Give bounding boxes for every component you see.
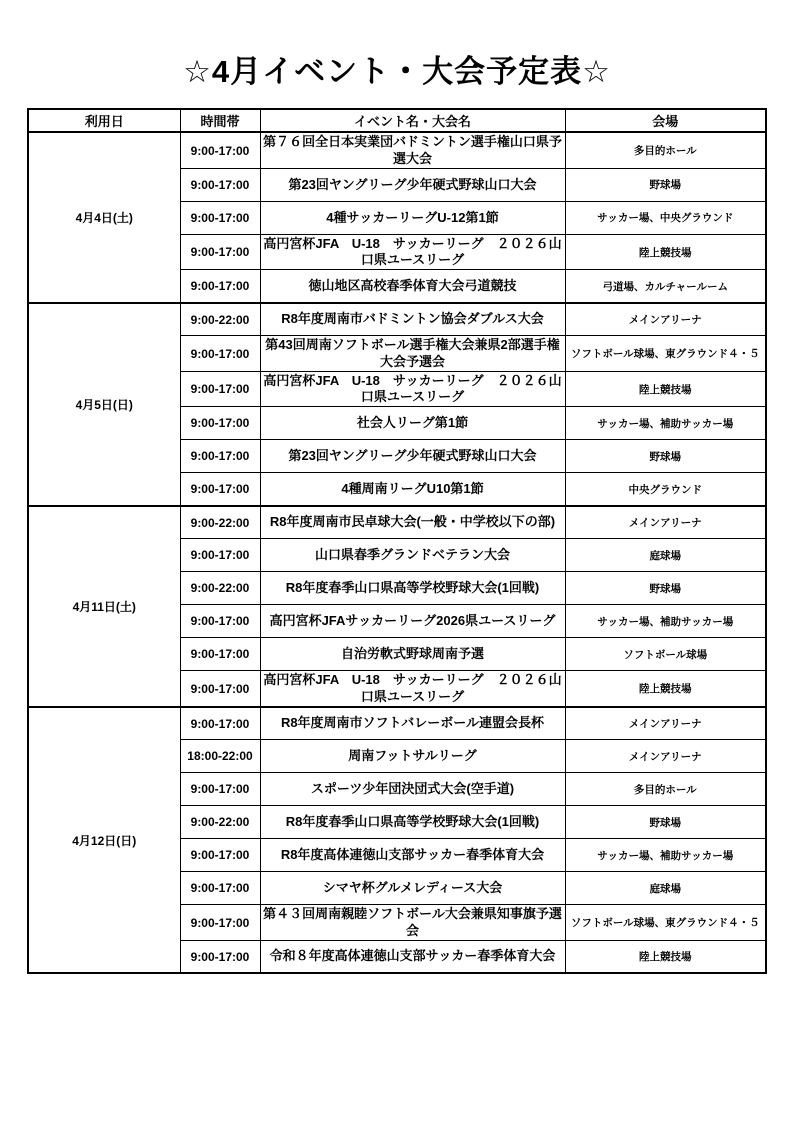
time-cell: 9:00-17:00 xyxy=(180,440,260,473)
time-cell: 9:00-17:00 xyxy=(180,872,260,905)
time-cell: 9:00-17:00 xyxy=(180,707,260,740)
event-cell: R8年度周南市民卓球大会(一般・中学校以下の部) xyxy=(260,506,565,539)
event-cell: 第43回周南ソフトボール選手権大会兼県2部選手権大会予選会 xyxy=(260,336,565,372)
event-cell: 4種周南リーグU10第1節 xyxy=(260,473,565,506)
document-page: ☆4月イベント・大会予定表☆ 利用日 時間帯 イベント名・大会名 会場 4月4日… xyxy=(0,0,794,1122)
event-cell: 徳山地区高校春季体育大会弓道競技 xyxy=(260,270,565,303)
venue-cell: 陸上競技場 xyxy=(565,371,766,407)
time-cell: 9:00-17:00 xyxy=(180,168,260,201)
time-cell: 9:00-22:00 xyxy=(180,303,260,336)
table-row: 4月12日(日)9:00-17:00R8年度周南市ソフトバレーボール連盟会長杯メ… xyxy=(28,707,766,740)
venue-cell: サッカー場、補助サッカー場 xyxy=(565,839,766,872)
event-cell: R8年度春季山口県高等学校野球大会(1回戦) xyxy=(260,572,565,605)
time-cell: 9:00-17:00 xyxy=(180,539,260,572)
time-cell: 9:00-17:00 xyxy=(180,270,260,303)
event-cell: 高円宮杯JFA U-18 サッカーリーグ ２０２６山口県ユースリーグ xyxy=(260,671,565,707)
time-cell: 9:00-17:00 xyxy=(180,336,260,372)
event-cell: 4種サッカーリーグU-12第1節 xyxy=(260,201,565,234)
date-cell: 4月11日(土) xyxy=(28,506,180,707)
event-cell: 第23回ヤングリーグ少年硬式野球山口大会 xyxy=(260,168,565,201)
venue-cell: ソフトボール球場、東グラウンド４・５ xyxy=(565,905,766,941)
venue-cell: 陸上競技場 xyxy=(565,940,766,973)
time-cell: 9:00-17:00 xyxy=(180,605,260,638)
table-row: 4月5日(日)9:00-22:00R8年度周南市バドミントン協会ダブルス大会メイ… xyxy=(28,303,766,336)
venue-cell: サッカー場、補助サッカー場 xyxy=(565,605,766,638)
time-cell: 9:00-17:00 xyxy=(180,940,260,973)
venue-cell: ソフトボール球場 xyxy=(565,638,766,671)
event-cell: R8年度高体連徳山支部サッカー春季体育大会 xyxy=(260,839,565,872)
venue-cell: 庭球場 xyxy=(565,539,766,572)
time-cell: 9:00-17:00 xyxy=(180,234,260,270)
column-header-event: イベント名・大会名 xyxy=(260,109,565,132)
table-row: 4月4日(土)9:00-17:00第７６回全日本実業団バドミントン選手権山口県予… xyxy=(28,132,766,168)
time-cell: 9:00-22:00 xyxy=(180,806,260,839)
venue-cell: メインアリーナ xyxy=(565,740,766,773)
time-cell: 9:00-17:00 xyxy=(180,773,260,806)
date-cell: 4月12日(日) xyxy=(28,707,180,974)
event-cell: R8年度周南市バドミントン協会ダブルス大会 xyxy=(260,303,565,336)
venue-cell: 庭球場 xyxy=(565,872,766,905)
venue-cell: メインアリーナ xyxy=(565,506,766,539)
time-cell: 9:00-17:00 xyxy=(180,473,260,506)
event-cell: スポーツ少年団決団式大会(空手道) xyxy=(260,773,565,806)
column-header-date: 利用日 xyxy=(28,109,180,132)
table-header: 利用日 時間帯 イベント名・大会名 会場 xyxy=(28,109,766,132)
event-cell: 高円宮杯JFA U-18 サッカーリーグ ２０２６山口県ユースリーグ xyxy=(260,371,565,407)
event-cell: 第７６回全日本実業団バドミントン選手権山口県予選大会 xyxy=(260,132,565,168)
venue-cell: サッカー場、補助サッカー場 xyxy=(565,407,766,440)
event-cell: 高円宮杯JFA U-18 サッカーリーグ ２０２６山口県ユースリーグ xyxy=(260,234,565,270)
venue-cell: 野球場 xyxy=(565,806,766,839)
time-cell: 9:00-17:00 xyxy=(180,905,260,941)
time-cell: 18:00-22:00 xyxy=(180,740,260,773)
event-cell: 高円宮杯JFAサッカーリーグ2026県ユースリーグ xyxy=(260,605,565,638)
date-cell: 4月4日(土) xyxy=(28,132,180,303)
schedule-table-body: 4月4日(土)9:00-17:00第７６回全日本実業団バドミントン選手権山口県予… xyxy=(28,132,766,973)
time-cell: 9:00-22:00 xyxy=(180,572,260,605)
venue-cell: 陸上競技場 xyxy=(565,671,766,707)
event-cell: 第４３回周南親睦ソフトボール大会兼県知事旗予選会 xyxy=(260,905,565,941)
event-cell: 自治労軟式野球周南予選 xyxy=(260,638,565,671)
venue-cell: メインアリーナ xyxy=(565,303,766,336)
event-cell: 令和８年度高体連徳山支部サッカー春季体育大会 xyxy=(260,940,565,973)
venue-cell: 野球場 xyxy=(565,572,766,605)
time-cell: 9:00-17:00 xyxy=(180,671,260,707)
venue-cell: メインアリーナ xyxy=(565,707,766,740)
venue-cell: サッカー場、中央グラウンド xyxy=(565,201,766,234)
schedule-table: 利用日 時間帯 イベント名・大会名 会場 4月4日(土)9:00-17:00第７… xyxy=(27,108,767,974)
venue-cell: 陸上競技場 xyxy=(565,234,766,270)
event-cell: 山口県春季グランドベテラン大会 xyxy=(260,539,565,572)
event-cell: R8年度周南市ソフトバレーボール連盟会長杯 xyxy=(260,707,565,740)
venue-cell: 野球場 xyxy=(565,168,766,201)
venue-cell: 多目的ホール xyxy=(565,773,766,806)
time-cell: 9:00-17:00 xyxy=(180,638,260,671)
time-cell: 9:00-17:00 xyxy=(180,201,260,234)
venue-cell: 弓道場、カルチャールーム xyxy=(565,270,766,303)
event-cell: R8年度春季山口県高等学校野球大会(1回戦) xyxy=(260,806,565,839)
event-cell: 社会人リーグ第1節 xyxy=(260,407,565,440)
column-header-venue: 会場 xyxy=(565,109,766,132)
event-cell: 第23回ヤングリーグ少年硬式野球山口大会 xyxy=(260,440,565,473)
page-title: ☆4月イベント・大会予定表☆ xyxy=(0,52,794,92)
time-cell: 9:00-17:00 xyxy=(180,371,260,407)
time-cell: 9:00-17:00 xyxy=(180,839,260,872)
venue-cell: ソフトボール球場、東グラウンド４・５ xyxy=(565,336,766,372)
event-cell: 周南フットサルリーグ xyxy=(260,740,565,773)
event-cell: シマヤ杯グルメレディース大会 xyxy=(260,872,565,905)
time-cell: 9:00-22:00 xyxy=(180,506,260,539)
venue-cell: 中央グラウンド xyxy=(565,473,766,506)
column-header-time: 時間帯 xyxy=(180,109,260,132)
time-cell: 9:00-17:00 xyxy=(180,407,260,440)
header-row: 利用日 時間帯 イベント名・大会名 会場 xyxy=(28,109,766,132)
venue-cell: 多目的ホール xyxy=(565,132,766,168)
table-row: 4月11日(土)9:00-22:00R8年度周南市民卓球大会(一般・中学校以下の… xyxy=(28,506,766,539)
venue-cell: 野球場 xyxy=(565,440,766,473)
date-cell: 4月5日(日) xyxy=(28,303,180,506)
time-cell: 9:00-17:00 xyxy=(180,132,260,168)
